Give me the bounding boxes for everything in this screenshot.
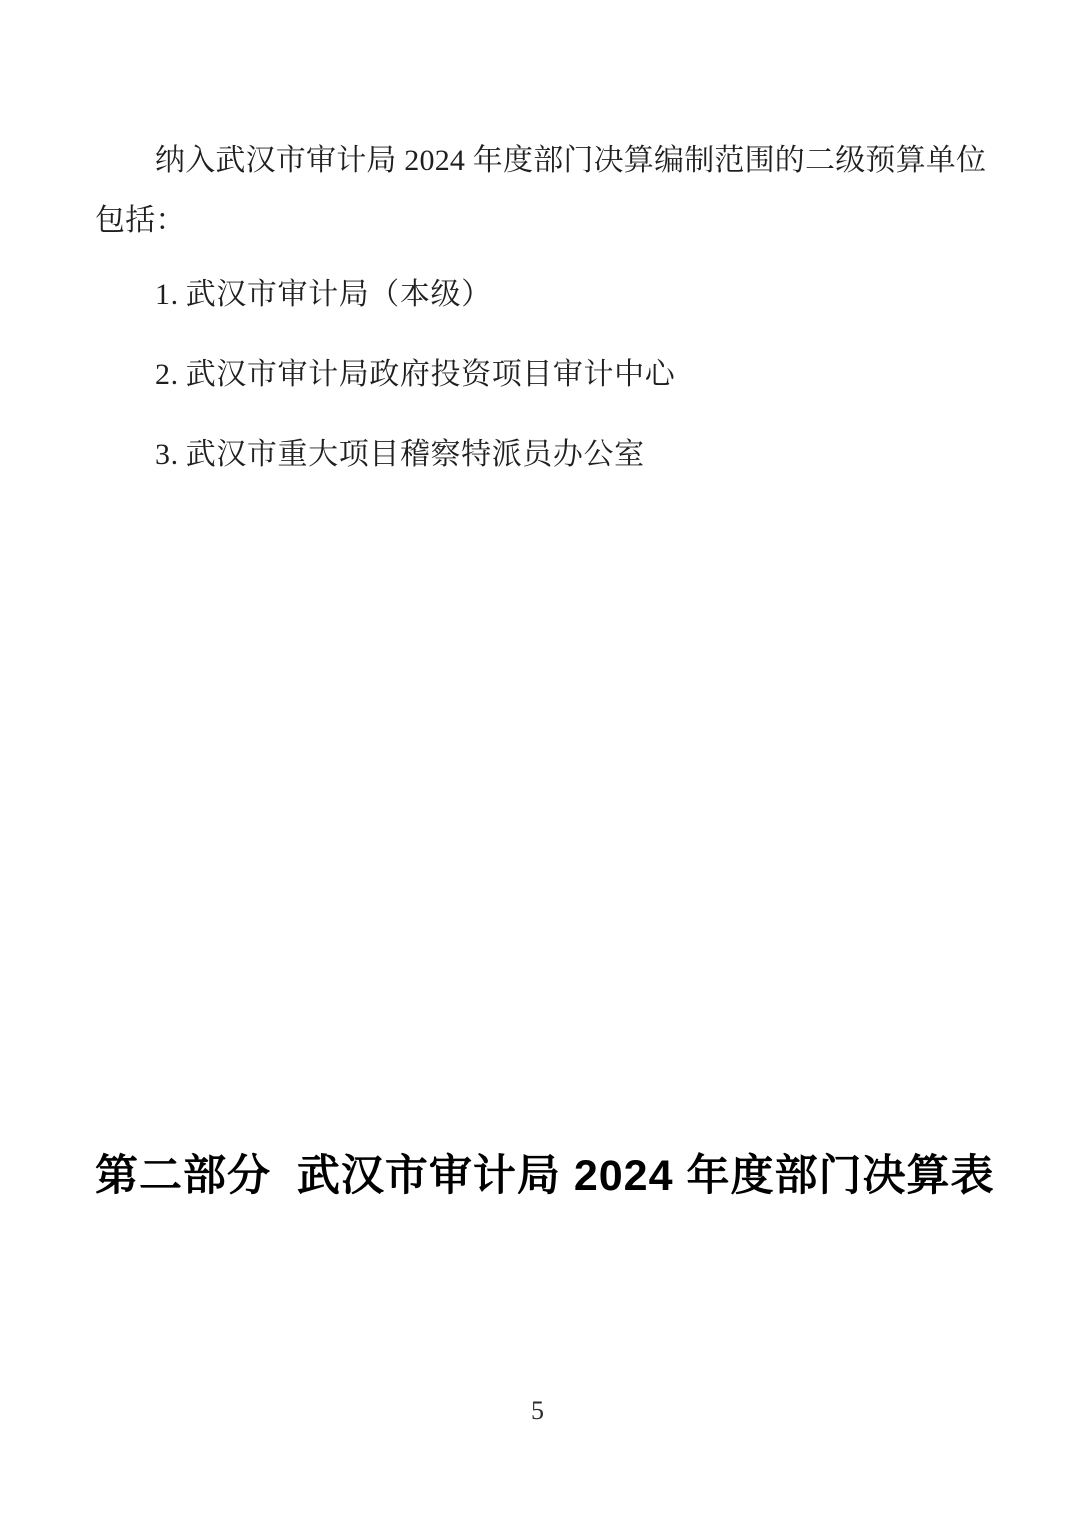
list-item: 3.武汉市重大项目稽察特派员办公室 [95,425,997,485]
section-heading: 第二部分 武汉市审计局 2024 年度部门决算表 [95,1148,997,1204]
list-item-number: 2. [155,358,179,391]
list-item-number: 3. [155,438,179,471]
list-item-text: 武汉市审计局政府投资项目审计中心 [186,358,676,391]
page-number: 5 [531,1396,544,1425]
list-item: 1.武汉市审计局（本级） [95,265,997,325]
document-body: 纳入武汉市审计局 2024 年度部门决算编制范围的二级预算单位包括： 1.武汉市… [95,131,997,485]
document-page: 纳入武汉市审计局 2024 年度部门决算编制范围的二级预算单位包括： 1.武汉市… [0,0,1075,1520]
page-footer: 5 [0,1396,1075,1426]
list-item-text: 武汉市审计局（本级） [186,278,492,311]
intro-paragraph: 纳入武汉市审计局 2024 年度部门决算编制范围的二级预算单位包括： [95,131,997,251]
list-item-text: 武汉市重大项目稽察特派员办公室 [186,438,645,471]
list-item: 2.武汉市审计局政府投资项目审计中心 [95,345,997,405]
list-item-number: 1. [155,278,179,311]
budget-units-list: 1.武汉市审计局（本级） 2.武汉市审计局政府投资项目审计中心 3.武汉市重大项… [95,265,997,485]
